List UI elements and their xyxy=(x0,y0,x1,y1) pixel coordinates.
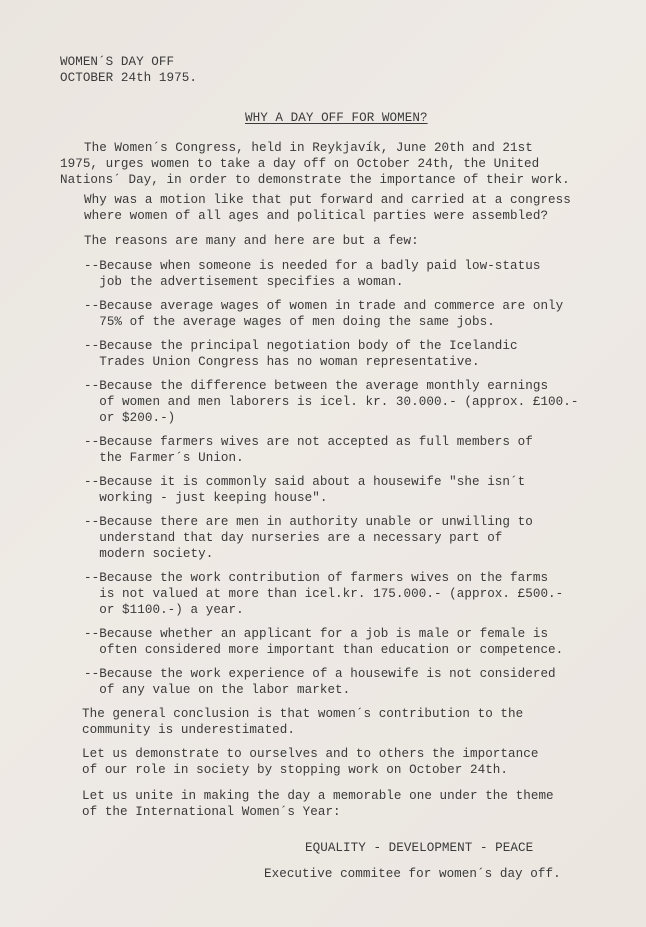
document-title: WHY A DAY OFF FOR WOMEN? xyxy=(245,110,428,126)
reason-line: of women and men laborers is icel. kr. 3… xyxy=(84,394,579,410)
reason-line: working - just keeping house". xyxy=(84,490,327,506)
motto: EQUALITY - DEVELOPMENT - PEACE xyxy=(305,840,533,856)
reason-line: modern society. xyxy=(84,546,213,562)
demonstrate-line: Let us demonstrate to ourselves and to o… xyxy=(82,746,538,762)
reason-line: of any value on the labor market. xyxy=(84,682,350,698)
reason-line: --Because the difference between the ave… xyxy=(84,378,548,394)
reasons-intro: The reasons are many and here are but a … xyxy=(84,233,419,249)
question-line: where women of all ages and political pa… xyxy=(84,208,548,224)
reason-line: --Because whether an applicant for a job… xyxy=(84,626,548,642)
reason-line: 75% of the average wages of men doing th… xyxy=(84,314,495,330)
header-line-1: WOMEN´S DAY OFF xyxy=(60,54,174,70)
reason-line: --Because there are men in authority una… xyxy=(84,514,533,530)
question-line: Why was a motion like that put forward a… xyxy=(84,192,571,208)
reason-line: or $1100.-) a year. xyxy=(84,602,244,618)
intro-line: 1975, urges women to take a day off on O… xyxy=(60,156,539,172)
conclusion-line: The general conclusion is that women´s c… xyxy=(82,706,523,722)
unite-line: Let us unite in making the day a memorab… xyxy=(82,788,554,804)
signature: Executive commitee for women´s day off. xyxy=(264,866,561,882)
header-line-2: OCTOBER 24th 1975. xyxy=(60,70,197,86)
reason-line: --Because the work contribution of farme… xyxy=(84,570,548,586)
intro-line: Nations´ Day, in order to demonstrate th… xyxy=(60,172,570,188)
reason-line: Trades Union Congress has no woman repre… xyxy=(84,354,480,370)
reason-line: the Farmer´s Union. xyxy=(84,450,244,466)
reason-line: job the advertisement specifies a woman. xyxy=(84,274,404,290)
reason-line: often considered more important than edu… xyxy=(84,642,563,658)
reason-line: is not valued at more than icel.kr. 175.… xyxy=(84,586,563,602)
reason-line: --Because the work experience of a house… xyxy=(84,666,556,682)
reason-line: --Because it is commonly said about a ho… xyxy=(84,474,525,490)
reason-line: --Because the principal negotiation body… xyxy=(84,338,518,354)
reason-line: --Because when someone is needed for a b… xyxy=(84,258,540,274)
reason-line: --Because average wages of women in trad… xyxy=(84,298,563,314)
reason-line: understand that day nurseries are a nece… xyxy=(84,530,502,546)
unite-line: of the International Women´s Year: xyxy=(82,804,341,820)
reason-line: or $200.-) xyxy=(84,410,175,426)
intro-line: The Women´s Congress, held in Reykjavík,… xyxy=(84,140,533,156)
demonstrate-line: of our role in society by stopping work … xyxy=(82,762,508,778)
reason-line: --Because farmers wives are not accepted… xyxy=(84,434,533,450)
conclusion-line: community is underestimated. xyxy=(82,722,295,738)
document-page: WOMEN´S DAY OFF OCTOBER 24th 1975. WHY A… xyxy=(0,0,646,927)
